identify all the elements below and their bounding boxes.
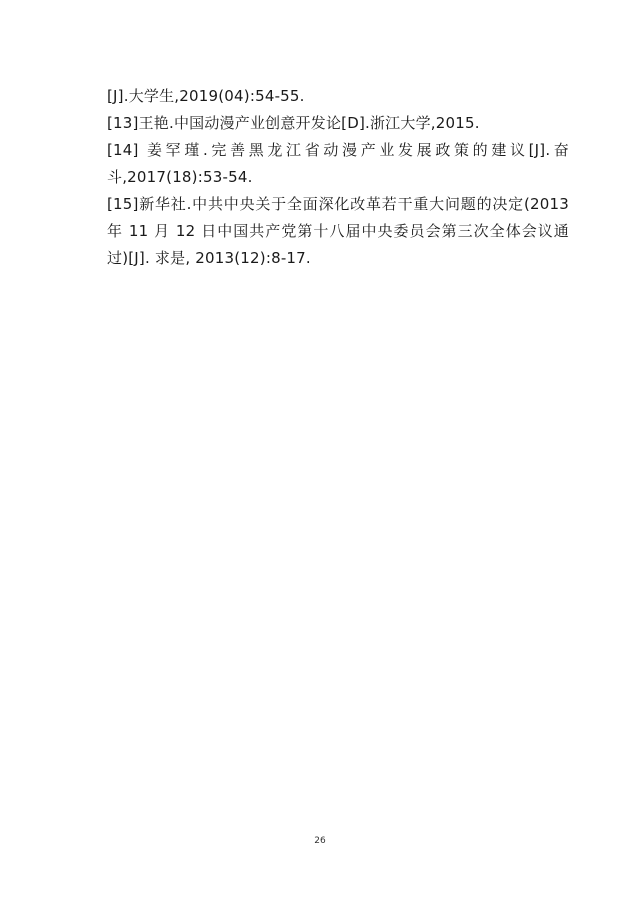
reference-12-continuation: [J].大学生,2019(04):54-55. <box>107 83 569 110</box>
reference-15-line-3: 过)[J]. 求是, 2013(12):8-17. <box>107 245 569 272</box>
reference-15-line-2: 年 11 月 12 日中国共产党第十八届中央委员会第三次全体会议通 <box>107 218 569 245</box>
reference-15-line-1: [15]新华社.中共中央关于全面深化改革若干重大问题的决定(2013 <box>107 191 569 218</box>
reference-14-line-1: [14] 姜罕瑾.完善黑龙江省动漫产业发展政策的建议[J].奋 <box>107 137 569 164</box>
reference-14-line-2: 斗,2017(18):53-54. <box>107 164 569 191</box>
page-number: 26 <box>0 836 640 846</box>
reference-13: [13]王艳.中国动漫产业创意开发论[D].浙江大学,2015. <box>107 110 569 137</box>
reference-list: [J].大学生,2019(04):54-55. [13]王艳.中国动漫产业创意开… <box>107 83 569 272</box>
document-page: [J].大学生,2019(04):54-55. [13]王艳.中国动漫产业创意开… <box>0 0 640 905</box>
